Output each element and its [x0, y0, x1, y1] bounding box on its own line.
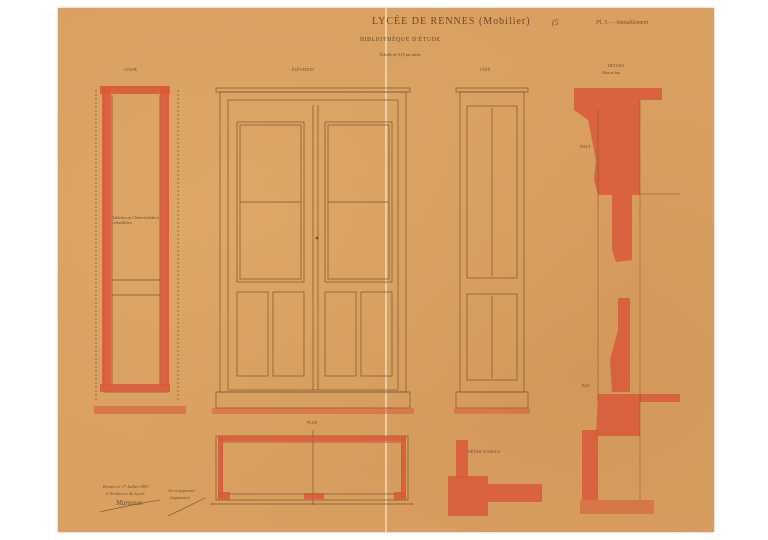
elevation-base-fill	[212, 408, 414, 414]
signature-flourish	[100, 498, 205, 516]
elevation-view	[216, 88, 410, 408]
cote-view	[456, 88, 528, 408]
coupe-section-fill	[94, 86, 186, 414]
plan-section-fill	[218, 436, 406, 500]
details-profile-fill	[574, 88, 680, 514]
cote-base-fill	[454, 408, 530, 414]
drawing-linework	[0, 0, 768, 540]
detail-angle-fill	[448, 440, 542, 516]
